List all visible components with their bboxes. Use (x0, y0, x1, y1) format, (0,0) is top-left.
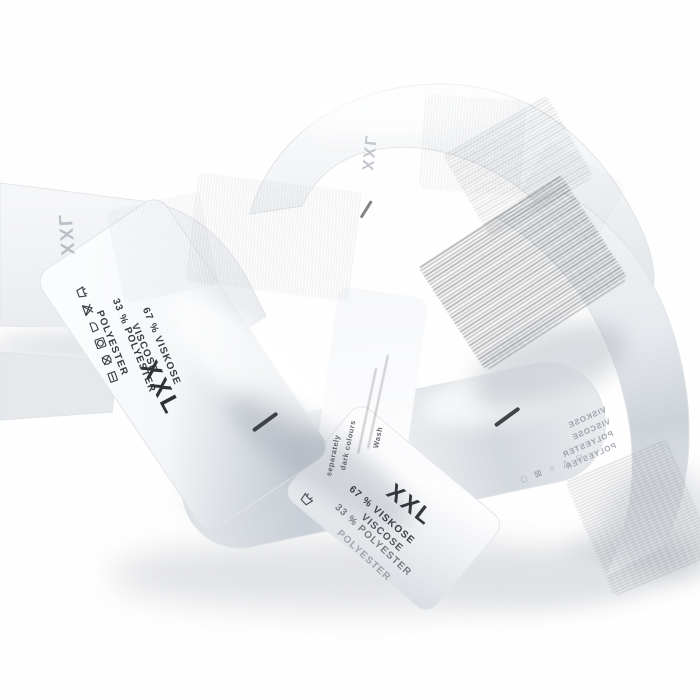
care-labels-photo: POLYESTER 33 % POLYESTER VISCOSE 67 % VI… (0, 0, 700, 700)
mirrored-size-top: XXL (338, 127, 398, 177)
mirrored-size-left: XXL (31, 209, 98, 259)
